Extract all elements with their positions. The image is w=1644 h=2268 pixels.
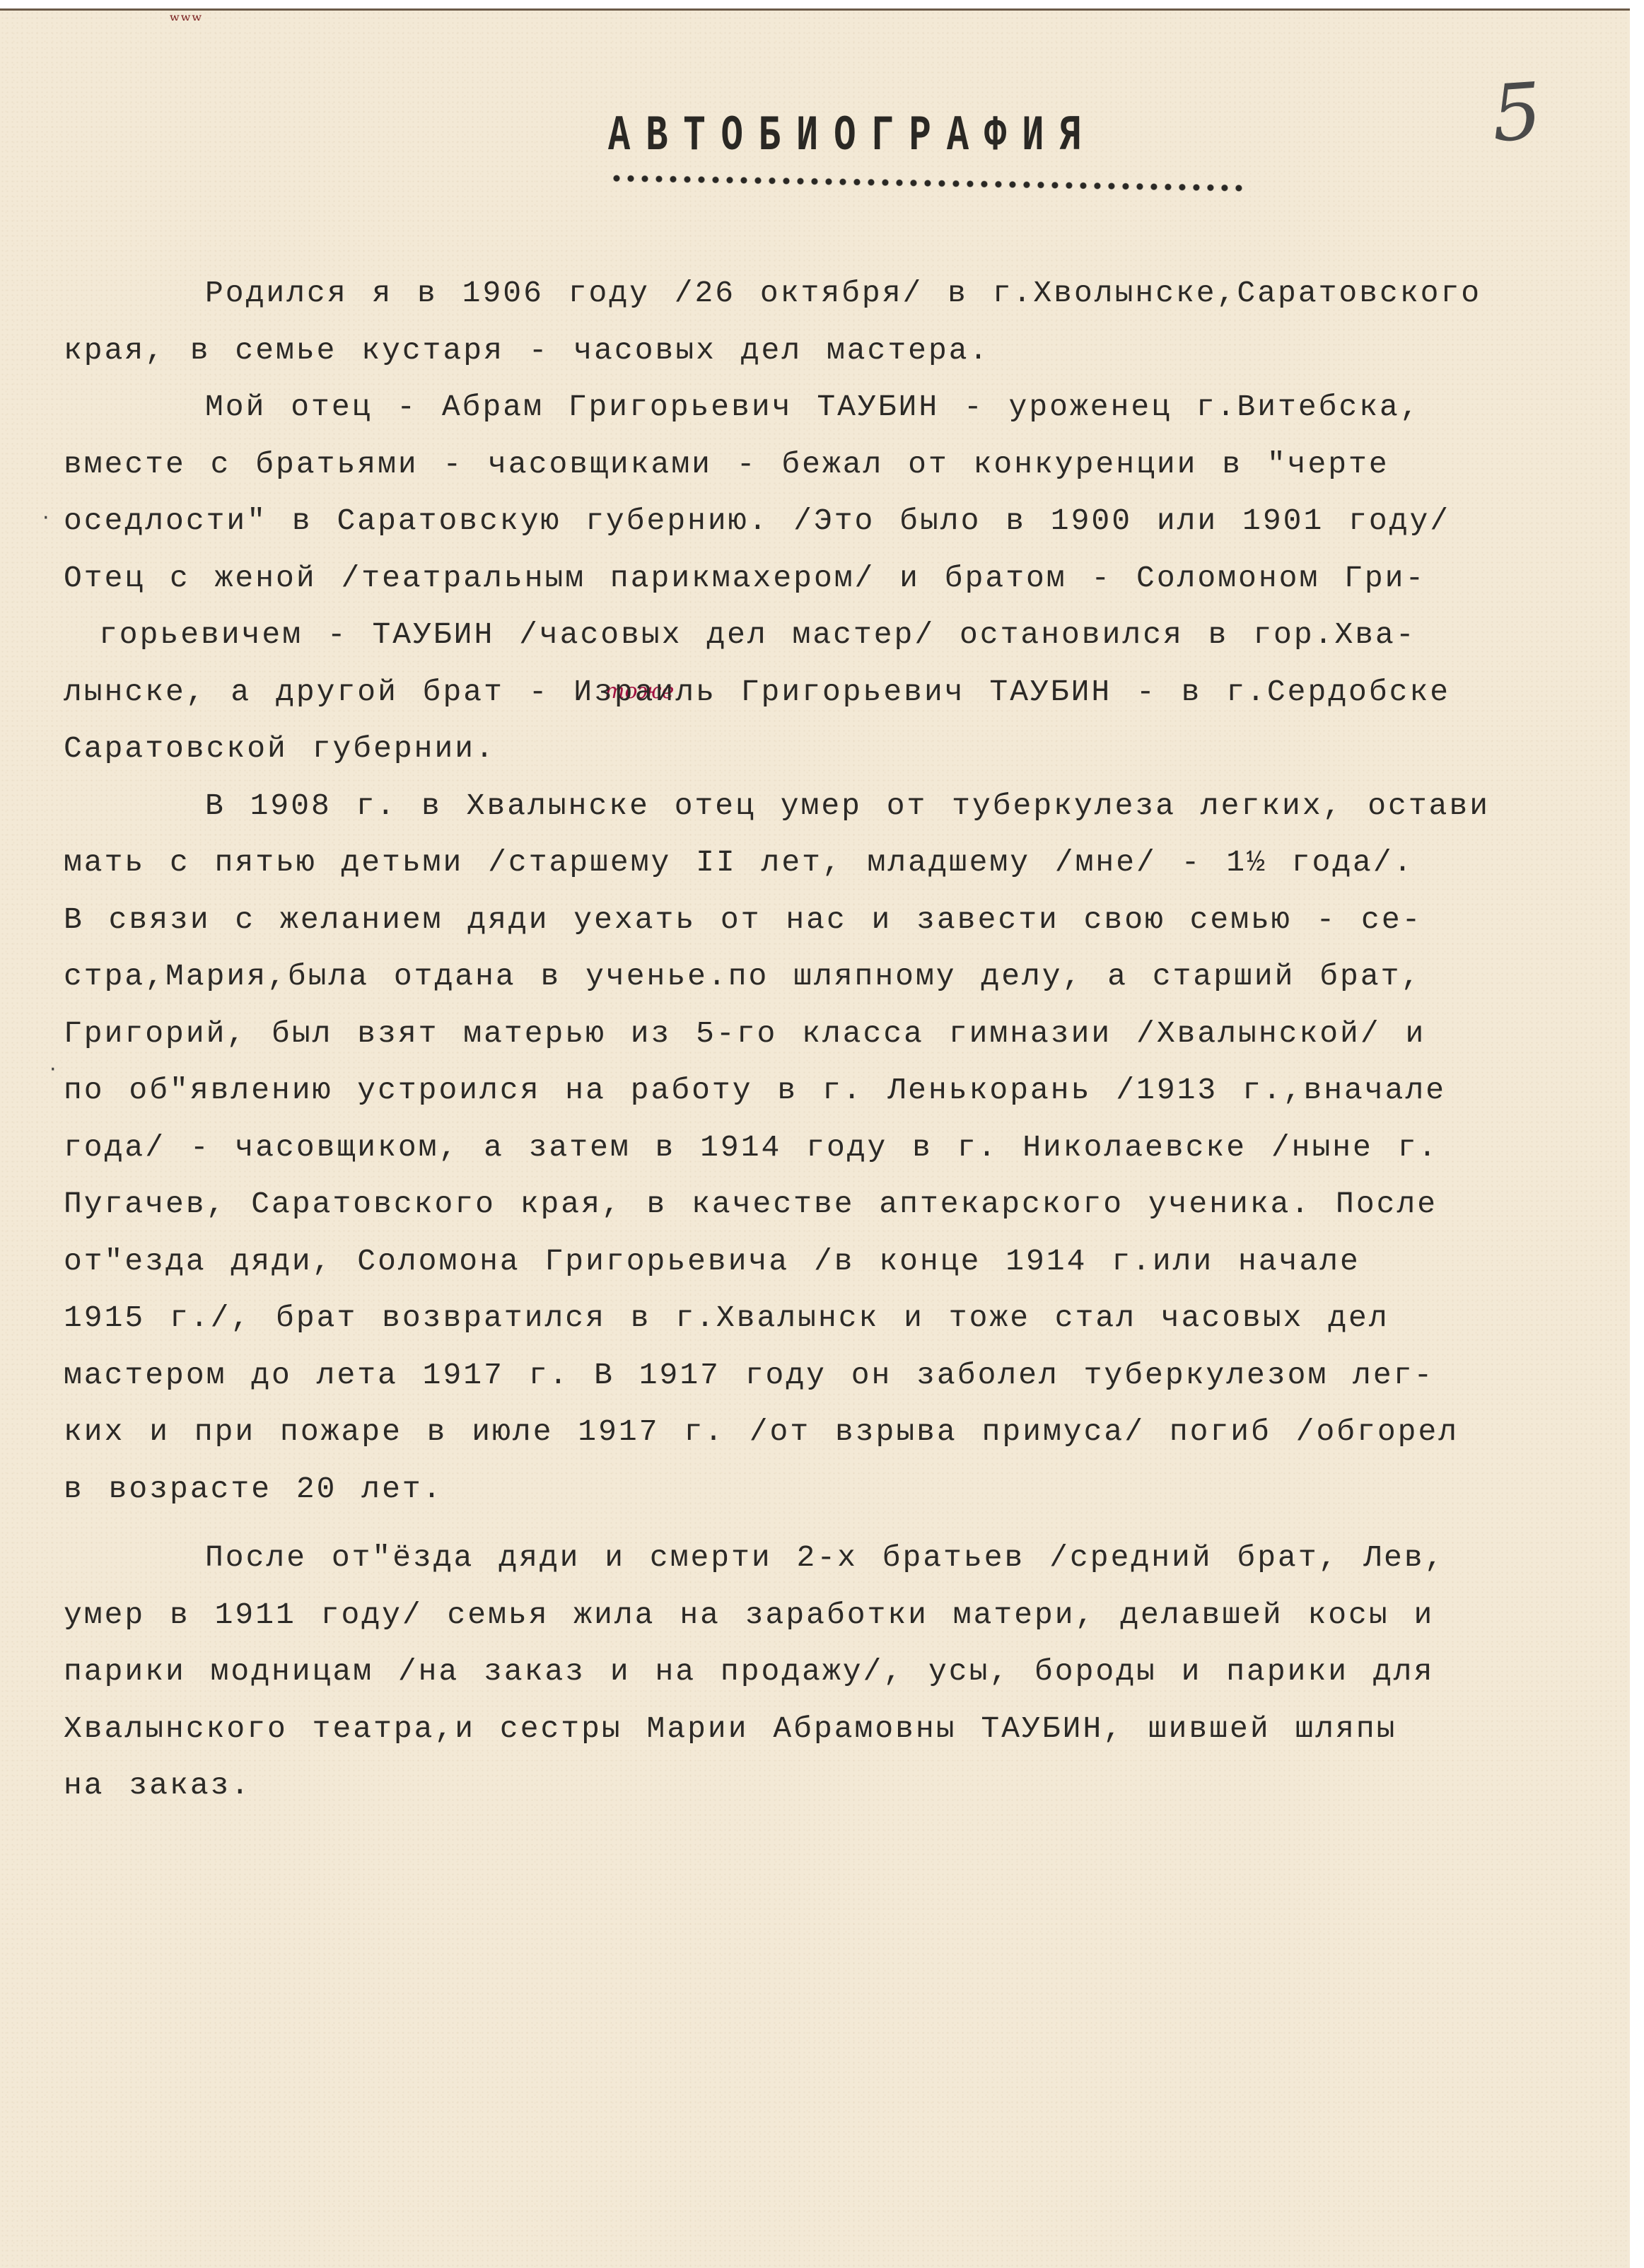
margin-mark: · bbox=[42, 506, 49, 530]
text-line: стра,Мария,была отдана в ученье.по шляпн… bbox=[64, 948, 1633, 1006]
title-underline bbox=[610, 175, 1246, 192]
text-line: Григорий, был взят матерью из 5-го класс… bbox=[64, 1006, 1633, 1063]
text-line: В 1908 г. в Хвалынске отец умер от тубер… bbox=[64, 778, 1633, 835]
text-line: в возрасте 20 лет. bbox=[64, 1461, 1633, 1518]
text-line: парики модницам /на заказ и на продажу/,… bbox=[64, 1644, 1633, 1701]
text-line: умер в 1911 году/ семья жила на заработк… bbox=[64, 1587, 1633, 1644]
text-line: Хвалынского театра,и сестры Марии Абрамо… bbox=[64, 1701, 1633, 1758]
text-line: оседлости" в Саратовскую губернию. /Это … bbox=[64, 493, 1633, 550]
text-line: от"езда дяди, Соломона Григорьевича /в к… bbox=[64, 1233, 1633, 1291]
document-title: АВТОБИОГРАФИЯ bbox=[608, 108, 1097, 165]
text-line: вместе с братьями - часовщиками - бежал … bbox=[64, 436, 1633, 494]
text-line: ких и при пожаре в июле 1917 г. /от взры… bbox=[64, 1404, 1633, 1461]
document-body: Родился я в 1906 году /26 октября/ в г.Х… bbox=[64, 265, 1633, 1815]
text-line: года/ - часовщиком, а затем в 1914 году … bbox=[64, 1120, 1633, 1177]
text-line: Родился я в 1906 году /26 октября/ в г.Х… bbox=[64, 265, 1633, 322]
text-line: Отец с женой /театральным парикмахером/ … bbox=[64, 550, 1633, 607]
text-line: Мой отец - Абрам Григорьевич ТАУБИН - ур… bbox=[64, 379, 1633, 436]
text-line: Саратовской губернии. bbox=[64, 721, 1633, 778]
text-line: горьевичем - ТАУБИН /часовых дел мастер/… bbox=[64, 607, 1633, 664]
text-line: После от"ёзда дяди и смерти 2-х братьев … bbox=[64, 1530, 1633, 1587]
text-line: края, в семье кустаря - часовых дел маст… bbox=[64, 322, 1633, 380]
document-page: www 5 АВТОБИОГРАФИЯ тоже · · Родился я в… bbox=[0, 8, 1630, 2268]
text-line: по об"явлению устроился на работу в г. Л… bbox=[64, 1062, 1633, 1120]
text-line: лынске, а другой брат - Израиль Григорье… bbox=[64, 664, 1633, 721]
text-line: Пугачев, Саратовского края, в качестве а… bbox=[64, 1176, 1633, 1233]
page-number: 5 bbox=[1489, 66, 1545, 160]
text-line: мать с пятью детьми /старшему II лет, мл… bbox=[64, 834, 1633, 892]
text-line: на заказ. bbox=[64, 1757, 1633, 1815]
margin-mark: · bbox=[49, 1057, 57, 1082]
top-margin-mark: www bbox=[170, 11, 226, 21]
text-line: мастером до лета 1917 г. В 1917 году он … bbox=[64, 1347, 1633, 1405]
scan-margin bbox=[1630, 0, 1644, 2268]
text-line: В связи с желанием дяди уехать от нас и … bbox=[64, 892, 1633, 949]
text-line: 1915 г./, брат возвратился в г.Хвалынск … bbox=[64, 1290, 1633, 1347]
